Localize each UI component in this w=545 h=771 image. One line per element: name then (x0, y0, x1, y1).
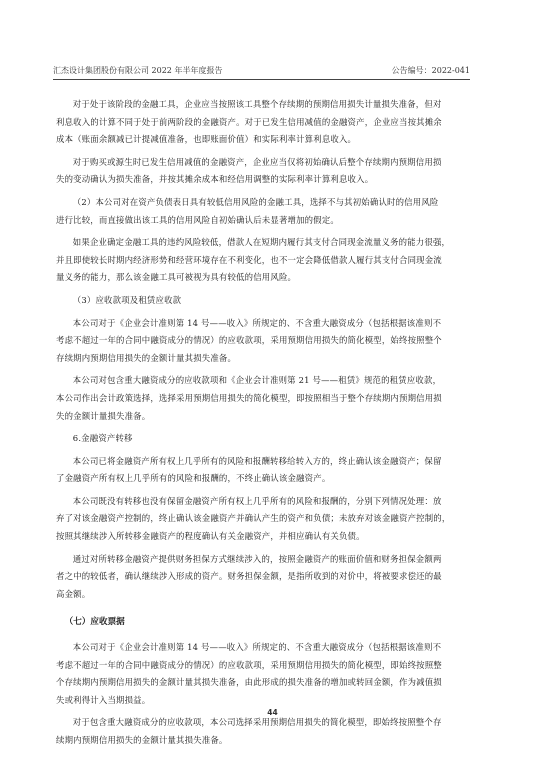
text-line: 本公司对于《企业会计准则第 14 号——收入》所规定的、不含重大融资成分（包括根… (56, 315, 469, 333)
text-line: 如果企业确定金融工具的违约风险较低，借款人在短期内履行其支付合同现金流量义务的能… (56, 234, 469, 252)
text-line: 本公司对于《企业会计准则第 14 号——收入》所规定的、不含重大融资成分（包括根… (56, 639, 469, 657)
paragraph-notes-receivable-simplified-model: 本公司对于《企业会计准则第 14 号——收入》所规定的、不含重大融资成分（包括根… (56, 639, 469, 709)
text-line: 本公司既没有转移也没有保留金融资产所有权上几乎所有的风险和报酬的，分别下列情况处… (56, 493, 469, 511)
section-heading-notes-receivable: （七）应收票据 (56, 614, 469, 632)
paragraph-purchased-credit-impaired: 对于购买或源生时已发生信用减值的金融资产，企业应当仅将初始确认后整个存续期内预期… (56, 154, 469, 189)
text-line: 考虑不超过一年的合同中融资成分的情况）的应收款项，采用预期信用损失的简化模型，即… (56, 657, 469, 675)
paragraph-significant-financing-component: 对于包含重大融资成分的应收款项，本公司选择采用预期信用损失的简化模型，即始终按照… (56, 714, 469, 749)
text-line: 续期内预期信用损失的金额计量其损失准备。 (56, 732, 469, 750)
text-line: 本公司已将金融资产所有权上几乎所有的风险和报酬转移给转入方的，终止确认该金融资产… (56, 453, 469, 471)
text-line: 者之中的较低者，确认继续涉入形成的资产。财务担保金额，是指所收到的对价中，将被要… (56, 568, 469, 586)
text-line: 本公司作出会计政策选择，选择采用预期信用损失的简化模型，即按照相当于整个存续期内… (56, 390, 469, 408)
text-line: 对于购买或源生时已发生信用减值的金融资产，企业应当仅将初始确认后整个存续期内预期… (56, 154, 469, 172)
text-line: 对于处于该阶段的金融工具，企业应当按照该工具整个存续期的预期信用损失计量损失准备… (56, 96, 469, 114)
text-line: 失或利得计入当期损益。 (56, 692, 469, 710)
text-line: 对于包含重大融资成分的应收款项，本公司选择采用预期信用损失的简化模型，即始终按照… (56, 714, 469, 732)
text-line: 通过对所转移金融资产提供财务担保方式继续涉入的，按照金融资产的账面价值和财务担保… (56, 551, 469, 569)
header-report-title: 汇杰设计集团股份有限公司 2022 年半年度报告 (53, 64, 222, 78)
paragraph-stage-three-interest: 对于处于该阶段的金融工具，企业应当按照该工具整个存续期的预期信用损失计量损失准备… (56, 96, 469, 149)
text-line: 存续期内预期信用损失的金额计量其损失准备。 (56, 350, 469, 368)
text-line: 弃了对该金融资产控制的，终止确认该金融资产并确认产生的资产和负债；未放弃对该金融… (56, 510, 469, 528)
paragraph-derecognition: 本公司已将金融资产所有权上几乎所有的风险和报酬转移给转入方的，终止确认该金融资产… (56, 453, 469, 488)
text-line: 量义务的能力，那么该金融工具可被视为具有较低的信用风险。 (56, 269, 469, 287)
paragraph-lease-standard-21: 本公司对包含重大融资成分的应收款项和《企业会计准则第 21 号——租赁》规范的租… (56, 372, 469, 425)
text-line: 考虑不超过一年的合同中融资成分的情况）的应收款项，采用预期信用损失的简化模型，始… (56, 332, 469, 350)
text-line: 失的金额计量损失准备。 (56, 408, 469, 426)
page-number: 44 (0, 708, 545, 717)
text-line: 了金融资产所有权上几乎所有的风险和报酬的，不终止确认该金融资产。 (56, 470, 469, 488)
subheading-financial-asset-transfer: 6.金融资产转移 (56, 430, 469, 448)
heading-text: （七）应收票据 (65, 617, 125, 627)
paragraph-revenue-standard-14: 本公司对于《企业会计准则第 14 号——收入》所规定的、不含重大融资成分（包括根… (56, 315, 469, 368)
text-line: 失的变动确认为损失准备，并按其摊余成本和经信用调整的实际利率计算利息收入。 (56, 171, 469, 189)
paragraph-neither-transfer-nor-retain: 本公司既没有转移也没有保留金融资产所有权上几乎所有的风险和报酬的，分别下列情况处… (56, 493, 469, 546)
text-line: 并且即使较长时期内经济形势和经营环境存在不利变化，也不一定会降低借款人履行其支付… (56, 252, 469, 270)
text-line: 6.金融资产转移 (56, 430, 469, 448)
document-body: 对于处于该阶段的金融工具，企业应当按照该工具整个存续期的预期信用损失计量损失准备… (56, 96, 469, 750)
text-line: 按照其继续涉入所转移金融资产的程度确认有关金融资产，并相应确认有关负债。 (56, 528, 469, 546)
text-line: 高金额。 (56, 586, 469, 604)
text-line: 利息收入的计算不同于处于前两阶段的金融资产。对于已发生信用减值的金融资产，企业应… (56, 114, 469, 132)
text-line: 本公司对包含重大融资成分的应收款项和《企业会计准则第 21 号——租赁》规范的租… (56, 372, 469, 390)
text-line: 成本（账面余额减已计提减值准备，也即账面价值）和实际利率计算利息收入。 (56, 131, 469, 149)
subheading-receivables-lease: （3）应收款项及租赁应收款 (56, 292, 469, 310)
text-line: 个存续期内预期信用损失的金额计量其损失准备，由此形成的损失准备的增加或转回金额，… (56, 674, 469, 692)
page-header: 汇杰设计集团股份有限公司 2022 年半年度报告 公告编号：2022-041 (53, 64, 470, 78)
text-line: （3）应收款项及租赁应收款 (56, 292, 469, 310)
text-line: （2）本公司对在资产负债表日具有较低信用风险的金融工具，选择不与其初始确认时的信… (56, 194, 469, 212)
header-announcement-number: 公告编号：2022-041 (392, 64, 470, 78)
paragraph-financial-guarantee: 通过对所转移金融资产提供财务担保方式继续涉入的，按照金融资产的账面价值和财务担保… (56, 551, 469, 604)
paragraph-low-credit-risk: （2）本公司对在资产负债表日具有较低信用风险的金融工具，选择不与其初始确认时的信… (56, 194, 469, 229)
header-divider (53, 79, 470, 80)
text-line: 进行比较，而直接做出该工具的信用风险自初始确认后未显著增加的假定。 (56, 212, 469, 230)
paragraph-default-risk-low: 如果企业确定金融工具的违约风险较低，借款人在短期内履行其支付合同现金流量义务的能… (56, 234, 469, 287)
